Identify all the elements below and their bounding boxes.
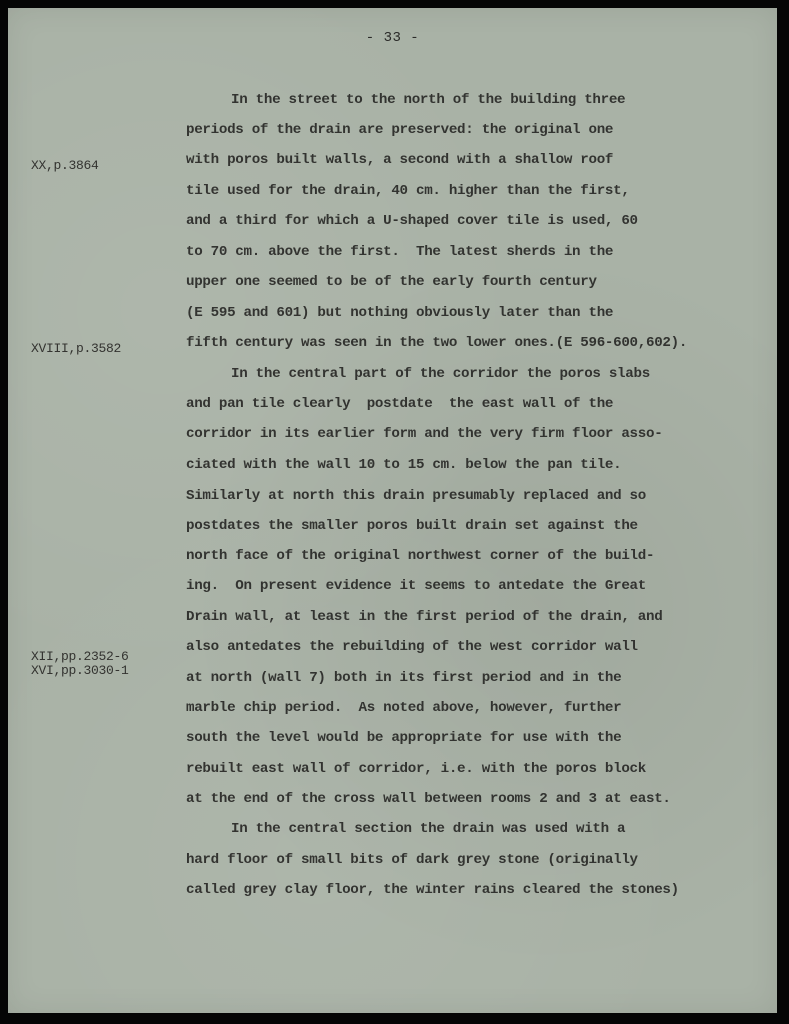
text-line: hard floor of small bits of dark grey st… <box>186 852 638 868</box>
text-line: at north (wall 7) both in its first peri… <box>186 670 621 686</box>
text-line: In the central part of the corridor the … <box>231 366 650 382</box>
text-line: Similarly at north this drain presumably… <box>186 488 646 504</box>
text-line: to 70 cm. above the first. The latest sh… <box>186 244 613 260</box>
text-line: and pan tile clearly postdate the east w… <box>186 396 613 412</box>
text-line: fifth century was seen in the two lower … <box>186 335 687 351</box>
text-line: ciated with the wall 10 to 15 cm. below … <box>186 457 621 473</box>
margin-reference: XX,p.3864 <box>31 158 99 173</box>
text-line: upper one seemed to be of the early four… <box>186 274 597 290</box>
text-line: ing. On present evidence it seems to ant… <box>186 578 646 594</box>
text-line: In the street to the north of the buildi… <box>231 92 625 108</box>
margin-reference: XVI,pp.3030-1 <box>31 663 129 678</box>
text-line: with poros built walls, a second with a … <box>186 152 613 168</box>
text-line: north face of the original northwest cor… <box>186 548 654 564</box>
text-line: rebuilt east wall of corridor, i.e. with… <box>186 761 646 777</box>
page-number: - 33 - <box>8 30 777 46</box>
margin-reference: XII,pp.2352-6 <box>31 649 129 664</box>
text-line: and a third for which a U-shaped cover t… <box>186 213 638 229</box>
typescript-page: - 33 - XX,p.3864XVIII,p.3582XII,pp.2352-… <box>8 8 777 1013</box>
text-line: marble chip period. As noted above, howe… <box>186 700 621 716</box>
text-line: corridor in its earlier form and the ver… <box>186 426 662 442</box>
text-line: In the central section the drain was use… <box>231 821 625 837</box>
text-line: postdates the smaller poros built drain … <box>186 518 638 534</box>
text-line: called grey clay floor, the winter rains… <box>186 882 679 898</box>
text-line: tile used for the drain, 40 cm. higher t… <box>186 183 630 199</box>
text-line: periods of the drain are preserved: the … <box>186 122 613 138</box>
text-line: Drain wall, at least in the first period… <box>186 609 662 625</box>
text-line: (E 595 and 601) but nothing obviously la… <box>186 305 613 321</box>
margin-reference: XVIII,p.3582 <box>31 341 121 356</box>
text-line: at the end of the cross wall between roo… <box>186 791 671 807</box>
text-line: also antedates the rebuilding of the wes… <box>186 639 638 655</box>
text-line: south the level would be appropriate for… <box>186 730 621 746</box>
